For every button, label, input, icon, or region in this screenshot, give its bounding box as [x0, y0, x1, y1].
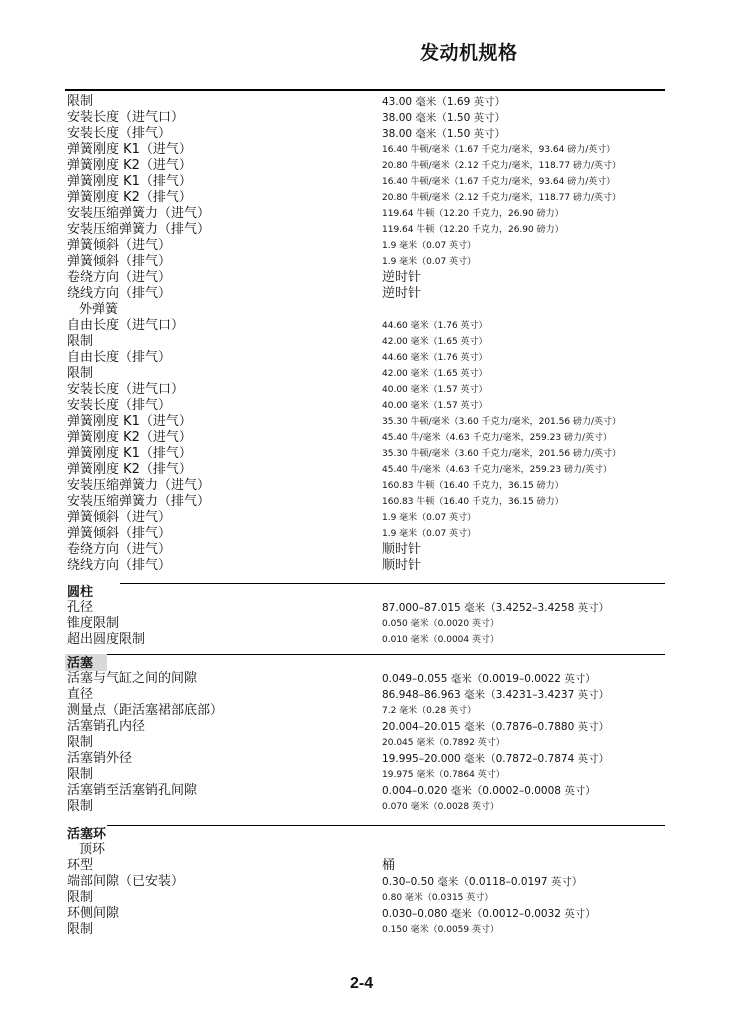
- spec-row: 卷绕方向（进气）顺时针: [65, 542, 665, 558]
- spec-row: 环型桶: [65, 858, 665, 874]
- spec-label: 弹簧刚度 K2（进气）: [67, 430, 192, 446]
- page-number: 2-4: [350, 975, 373, 993]
- spec-value: 1.9 毫米（0.07 英寸）: [382, 526, 476, 542]
- spec-value: 7.2 毫米（0.28 英寸）: [382, 703, 476, 719]
- spec-value: 0.010 毫米（0.0004 英寸）: [382, 632, 499, 648]
- spec-value: 160.83 牛顿（16.40 千克力，36.15 磅力）: [382, 478, 564, 494]
- spec-row: 安装压缩弹簧力（进气）119.64 牛顿（12.20 千克力，26.90 磅力）: [65, 206, 665, 222]
- spec-value: 87.000–87.015 毫米（3.4252–3.4258 英寸）: [382, 600, 609, 616]
- spec-label: 活塞销孔内径: [67, 719, 145, 735]
- spec-row: 限制0.80 毫米（0.0315 英寸）: [65, 890, 665, 906]
- spec-row: 活塞销孔内径20.004–20.015 毫米（0.7876–0.7880 英寸）: [65, 719, 665, 735]
- spec-row: 限制0.070 毫米（0.0028 英寸）: [65, 799, 665, 815]
- section-header: 活塞环: [65, 825, 665, 842]
- subsection-row: 外弹簧: [65, 302, 665, 318]
- spec-label: 限制: [67, 922, 93, 938]
- header-rule: [65, 89, 665, 91]
- spec-label: 限制: [67, 767, 93, 783]
- spec-value: 顺时针: [382, 542, 421, 558]
- section-header: 活塞: [65, 654, 665, 671]
- spec-value: 1.9 毫米（0.07 英寸）: [382, 238, 476, 254]
- spec-label: 卷绕方向（进气）: [67, 270, 171, 286]
- spec-label: 绕线方向（排气）: [67, 286, 171, 302]
- spec-value: 20.045 毫米（0.7892 英寸）: [382, 735, 505, 751]
- spec-row: 安装压缩弹簧力（排气）160.83 牛顿（16.40 千克力，36.15 磅力）: [65, 494, 665, 510]
- spec-row: 限制43.00 毫米（1.69 英寸）: [65, 94, 665, 110]
- spec-label: 安装压缩弹簧力（排气）: [67, 222, 210, 238]
- spec-label: 弹簧刚度 K1（进气）: [67, 142, 192, 158]
- spec-value: 38.00 毫米（1.50 英寸）: [382, 110, 505, 126]
- spec-label: 弹簧刚度 K2（排气）: [67, 190, 192, 206]
- spec-label: 环侧间隙: [67, 906, 119, 922]
- spec-label: 限制: [67, 366, 93, 382]
- spec-value: 119.64 牛顿（12.20 千克力，26.90 磅力）: [382, 222, 564, 238]
- spec-row: 测量点（距活塞裙部底部）7.2 毫米（0.28 英寸）: [65, 703, 665, 719]
- spec-value: 0.049–0.055 毫米（0.0019–0.0022 英寸）: [382, 671, 596, 687]
- spec-value: 0.150 毫米（0.0059 英寸）: [382, 922, 499, 938]
- spec-row: 直径86.948–86.963 毫米（3.4231–3.4237 英寸）: [65, 687, 665, 703]
- spec-value: 逆时针: [382, 286, 421, 302]
- spec-label: 测量点（距活塞裙部底部）: [67, 703, 223, 719]
- spec-row: 弹簧刚度 K1（排气）35.30 牛顿/毫米（3.60 千克力/毫米，201.5…: [65, 446, 665, 462]
- spec-value: 40.00 毫米（1.57 英寸）: [382, 382, 488, 398]
- spec-label: 弹簧倾斜（进气）: [67, 510, 171, 526]
- spec-row: 安装长度（排气）38.00 毫米（1.50 英寸）: [65, 126, 665, 142]
- spec-label: 弹簧刚度 K1（排气）: [67, 174, 192, 190]
- spec-value: 119.64 牛顿（12.20 千克力，26.90 磅力）: [382, 206, 564, 222]
- spec-label: 超出圆度限制: [67, 632, 145, 648]
- spec-row: 弹簧倾斜（进气）1.9 毫米（0.07 英寸）: [65, 238, 665, 254]
- spec-label: 卷绕方向（进气）: [67, 542, 171, 558]
- spec-row: 绕线方向（排气）顺时针: [65, 558, 665, 574]
- spec-row: 卷绕方向（进气）逆时针: [65, 270, 665, 286]
- section-title: 活塞: [67, 655, 93, 672]
- spec-label: 限制: [67, 94, 93, 110]
- section-title: 活塞环: [67, 826, 106, 843]
- spec-value: 35.30 牛顿/毫米（3.60 千克力/毫米，201.56 磅力/英寸）: [382, 446, 621, 462]
- spec-value: 35.30 牛顿/毫米（3.60 千克力/毫米，201.56 磅力/英寸）: [382, 414, 621, 430]
- spec-row: 弹簧刚度 K2（进气）20.80 牛顿/毫米（2.12 千克力/毫米，118.7…: [65, 158, 665, 174]
- spec-value: 逆时针: [382, 270, 421, 286]
- spec-row: 活塞与气缸之间的间隙0.049–0.055 毫米（0.0019–0.0022 英…: [65, 671, 665, 687]
- spec-value: 160.83 牛顿（16.40 千克力，36.15 磅力）: [382, 494, 564, 510]
- spec-label: 端部间隙（已安装）: [67, 874, 184, 890]
- spec-label: 限制: [67, 735, 93, 751]
- spec-label: 弹簧倾斜（排气）: [67, 526, 171, 542]
- section-rule: [120, 583, 665, 584]
- spec-row: 自由长度（进气口）44.60 毫米（1.76 英寸）: [65, 318, 665, 334]
- subsection-label: 外弹簧: [79, 302, 118, 318]
- spec-label: 限制: [67, 334, 93, 350]
- spec-value: 16.40 牛顿/毫米（1.67 千克力/毫米，93.64 磅力/英寸）: [382, 174, 615, 190]
- spec-row: 弹簧刚度 K1（进气）16.40 牛顿/毫米（1.67 千克力/毫米，93.64…: [65, 142, 665, 158]
- section-title: 圆柱: [67, 584, 93, 601]
- spec-value: 44.60 毫米（1.76 英寸）: [382, 318, 488, 334]
- spec-label: 自由长度（进气口）: [67, 318, 184, 334]
- spec-row: 限制42.00 毫米（1.65 英寸）: [65, 366, 665, 382]
- spec-value: 0.004–0.020 毫米（0.0002–0.0008 英寸）: [382, 783, 596, 799]
- valve-spring-spec-group: 限制43.00 毫米（1.69 英寸）安装长度（进气口）38.00 毫米（1.5…: [65, 94, 665, 574]
- spec-label: 安装长度（进气口）: [67, 110, 184, 126]
- spec-row: 活塞销外径19.995–20.000 毫米（0.7872–0.7874 英寸）: [65, 751, 665, 767]
- spec-label: 活塞销至活塞销孔间隙: [67, 783, 197, 799]
- spec-label: 活塞销外径: [67, 751, 132, 767]
- spec-label: 弹簧倾斜（排气）: [67, 254, 171, 270]
- spec-label: 自由长度（排气）: [67, 350, 171, 366]
- section-rule: [107, 654, 665, 655]
- spec-label: 弹簧刚度 K2（进气）: [67, 158, 192, 174]
- spec-label: 限制: [67, 890, 93, 906]
- page-title: 发动机规格: [420, 38, 518, 65]
- spec-value: 19.995–20.000 毫米（0.7872–0.7874 英寸）: [382, 751, 609, 767]
- spec-row: 安装压缩弹簧力（进气）160.83 牛顿（16.40 千克力，36.15 磅力）: [65, 478, 665, 494]
- section-piston-ring: 活塞环 顶环环型桶端部间隙（已安装）0.30–0.50 毫米（0.0118–0.…: [65, 825, 665, 938]
- section-piston: 活塞 活塞与气缸之间的间隙0.049–0.055 毫米（0.0019–0.002…: [65, 654, 665, 815]
- spec-value: 20.80 牛顿/毫米（2.12 千克力/毫米，118.77 磅力/英寸）: [382, 190, 621, 206]
- spec-value: 16.40 牛顿/毫米（1.67 千克力/毫米，93.64 磅力/英寸）: [382, 142, 615, 158]
- spec-value: 45.40 牛/毫米（4.63 千克力/毫米，259.23 磅力/英寸）: [382, 462, 612, 478]
- spec-label: 锥度限制: [67, 616, 119, 632]
- spec-row: 环侧间隙0.030–0.080 毫米（0.0012–0.0032 英寸）: [65, 906, 665, 922]
- spec-label: 安装长度（进气口）: [67, 382, 184, 398]
- spec-label: 安装压缩弹簧力（排气）: [67, 494, 210, 510]
- section-header: 圆柱: [65, 583, 665, 600]
- spec-row: 限制0.150 毫米（0.0059 英寸）: [65, 922, 665, 938]
- spec-row: 活塞销至活塞销孔间隙0.004–0.020 毫米（0.0002–0.0008 英…: [65, 783, 665, 799]
- section-cylinder: 圆柱 孔径87.000–87.015 毫米（3.4252–3.4258 英寸）锥…: [65, 583, 665, 648]
- spec-label: 弹簧刚度 K1（排气）: [67, 446, 192, 462]
- spec-row: 锥度限制0.050 毫米（0.0020 英寸）: [65, 616, 665, 632]
- spec-row: 限制19.975 毫米（0.7864 英寸）: [65, 767, 665, 783]
- spec-value: 20.004–20.015 毫米（0.7876–0.7880 英寸）: [382, 719, 609, 735]
- spec-value: 38.00 毫米（1.50 英寸）: [382, 126, 505, 142]
- spec-row: 端部间隙（已安装）0.30–0.50 毫米（0.0118–0.0197 英寸）: [65, 874, 665, 890]
- spec-label: 弹簧刚度 K1（进气）: [67, 414, 192, 430]
- spec-label: 安装长度（排气）: [67, 398, 171, 414]
- spec-value: 0.30–0.50 毫米（0.0118–0.0197 英寸）: [382, 874, 582, 890]
- spec-label: 绕线方向（排气）: [67, 558, 171, 574]
- spec-row: 安装长度（进气口）38.00 毫米（1.50 英寸）: [65, 110, 665, 126]
- spec-value: 0.80 毫米（0.0315 英寸）: [382, 890, 493, 906]
- spec-value: 19.975 毫米（0.7864 英寸）: [382, 767, 505, 783]
- spec-value: 40.00 毫米（1.57 英寸）: [382, 398, 488, 414]
- spec-row: 绕线方向（排气）逆时针: [65, 286, 665, 302]
- spec-label: 安装压缩弹簧力（进气）: [67, 478, 210, 494]
- spec-row: 孔径87.000–87.015 毫米（3.4252–3.4258 英寸）: [65, 600, 665, 616]
- spec-value: 1.9 毫米（0.07 英寸）: [382, 254, 476, 270]
- spec-row: 弹簧倾斜（排气）1.9 毫米（0.07 英寸）: [65, 254, 665, 270]
- spec-label: 安装压缩弹簧力（进气）: [67, 206, 210, 222]
- spec-row: 安装长度（进气口）40.00 毫米（1.57 英寸）: [65, 382, 665, 398]
- spec-row: 弹簧倾斜（进气）1.9 毫米（0.07 英寸）: [65, 510, 665, 526]
- spec-label: 孔径: [67, 600, 93, 616]
- spec-row: 安装压缩弹簧力（排气）119.64 牛顿（12.20 千克力，26.90 磅力）: [65, 222, 665, 238]
- spec-label: 环型: [67, 858, 93, 874]
- spec-value: 桶: [382, 858, 395, 874]
- spec-value: 44.60 毫米（1.76 英寸）: [382, 350, 488, 366]
- spec-value: 0.070 毫米（0.0028 英寸）: [382, 799, 499, 815]
- spec-value: 42.00 毫米（1.65 英寸）: [382, 366, 488, 382]
- spec-row: 安装长度（排气）40.00 毫米（1.57 英寸）: [65, 398, 665, 414]
- spec-label: 安装长度（排气）: [67, 126, 171, 142]
- spec-label: 弹簧倾斜（进气）: [67, 238, 171, 254]
- spec-value: 1.9 毫米（0.07 英寸）: [382, 510, 476, 526]
- spec-row: 弹簧刚度 K2（排气）20.80 牛顿/毫米（2.12 千克力/毫米，118.7…: [65, 190, 665, 206]
- section-rule: [107, 825, 665, 826]
- spec-label: 限制: [67, 799, 93, 815]
- subsection-row: 顶环: [65, 842, 665, 858]
- spec-row: 自由长度（排气）44.60 毫米（1.76 英寸）: [65, 350, 665, 366]
- spec-row: 弹簧倾斜（排气）1.9 毫米（0.07 英寸）: [65, 526, 665, 542]
- spec-value: 20.80 牛顿/毫米（2.12 千克力/毫米，118.77 磅力/英寸）: [382, 158, 621, 174]
- spec-table: 限制43.00 毫米（1.69 英寸）安装长度（进气口）38.00 毫米（1.5…: [65, 94, 665, 938]
- spec-row: 限制42.00 毫米（1.65 英寸）: [65, 334, 665, 350]
- spec-label: 活塞与气缸之间的间隙: [67, 671, 197, 687]
- spec-label: 弹簧刚度 K2（排气）: [67, 462, 192, 478]
- subsection-label: 顶环: [79, 842, 105, 858]
- spec-label: 直径: [67, 687, 93, 703]
- spec-row: 限制20.045 毫米（0.7892 英寸）: [65, 735, 665, 751]
- spec-value: 0.050 毫米（0.0020 英寸）: [382, 616, 499, 632]
- spec-row: 弹簧刚度 K1（进气）35.30 牛顿/毫米（3.60 千克力/毫米，201.5…: [65, 414, 665, 430]
- spec-value: 45.40 牛/毫米（4.63 千克力/毫米，259.23 磅力/英寸）: [382, 430, 612, 446]
- spec-row: 弹簧刚度 K1（排气）16.40 牛顿/毫米（1.67 千克力/毫米，93.64…: [65, 174, 665, 190]
- spec-value: 42.00 毫米（1.65 英寸）: [382, 334, 488, 350]
- spec-row: 弹簧刚度 K2（进气）45.40 牛/毫米（4.63 千克力/毫米，259.23…: [65, 430, 665, 446]
- spec-row: 弹簧刚度 K2（排气）45.40 牛/毫米（4.63 千克力/毫米，259.23…: [65, 462, 665, 478]
- spec-value: 86.948–86.963 毫米（3.4231–3.4237 英寸）: [382, 687, 609, 703]
- spec-value: 顺时针: [382, 558, 421, 574]
- spec-value: 0.030–0.080 毫米（0.0012–0.0032 英寸）: [382, 906, 596, 922]
- spec-value: 43.00 毫米（1.69 英寸）: [382, 94, 505, 110]
- spec-row: 超出圆度限制0.010 毫米（0.0004 英寸）: [65, 632, 665, 648]
